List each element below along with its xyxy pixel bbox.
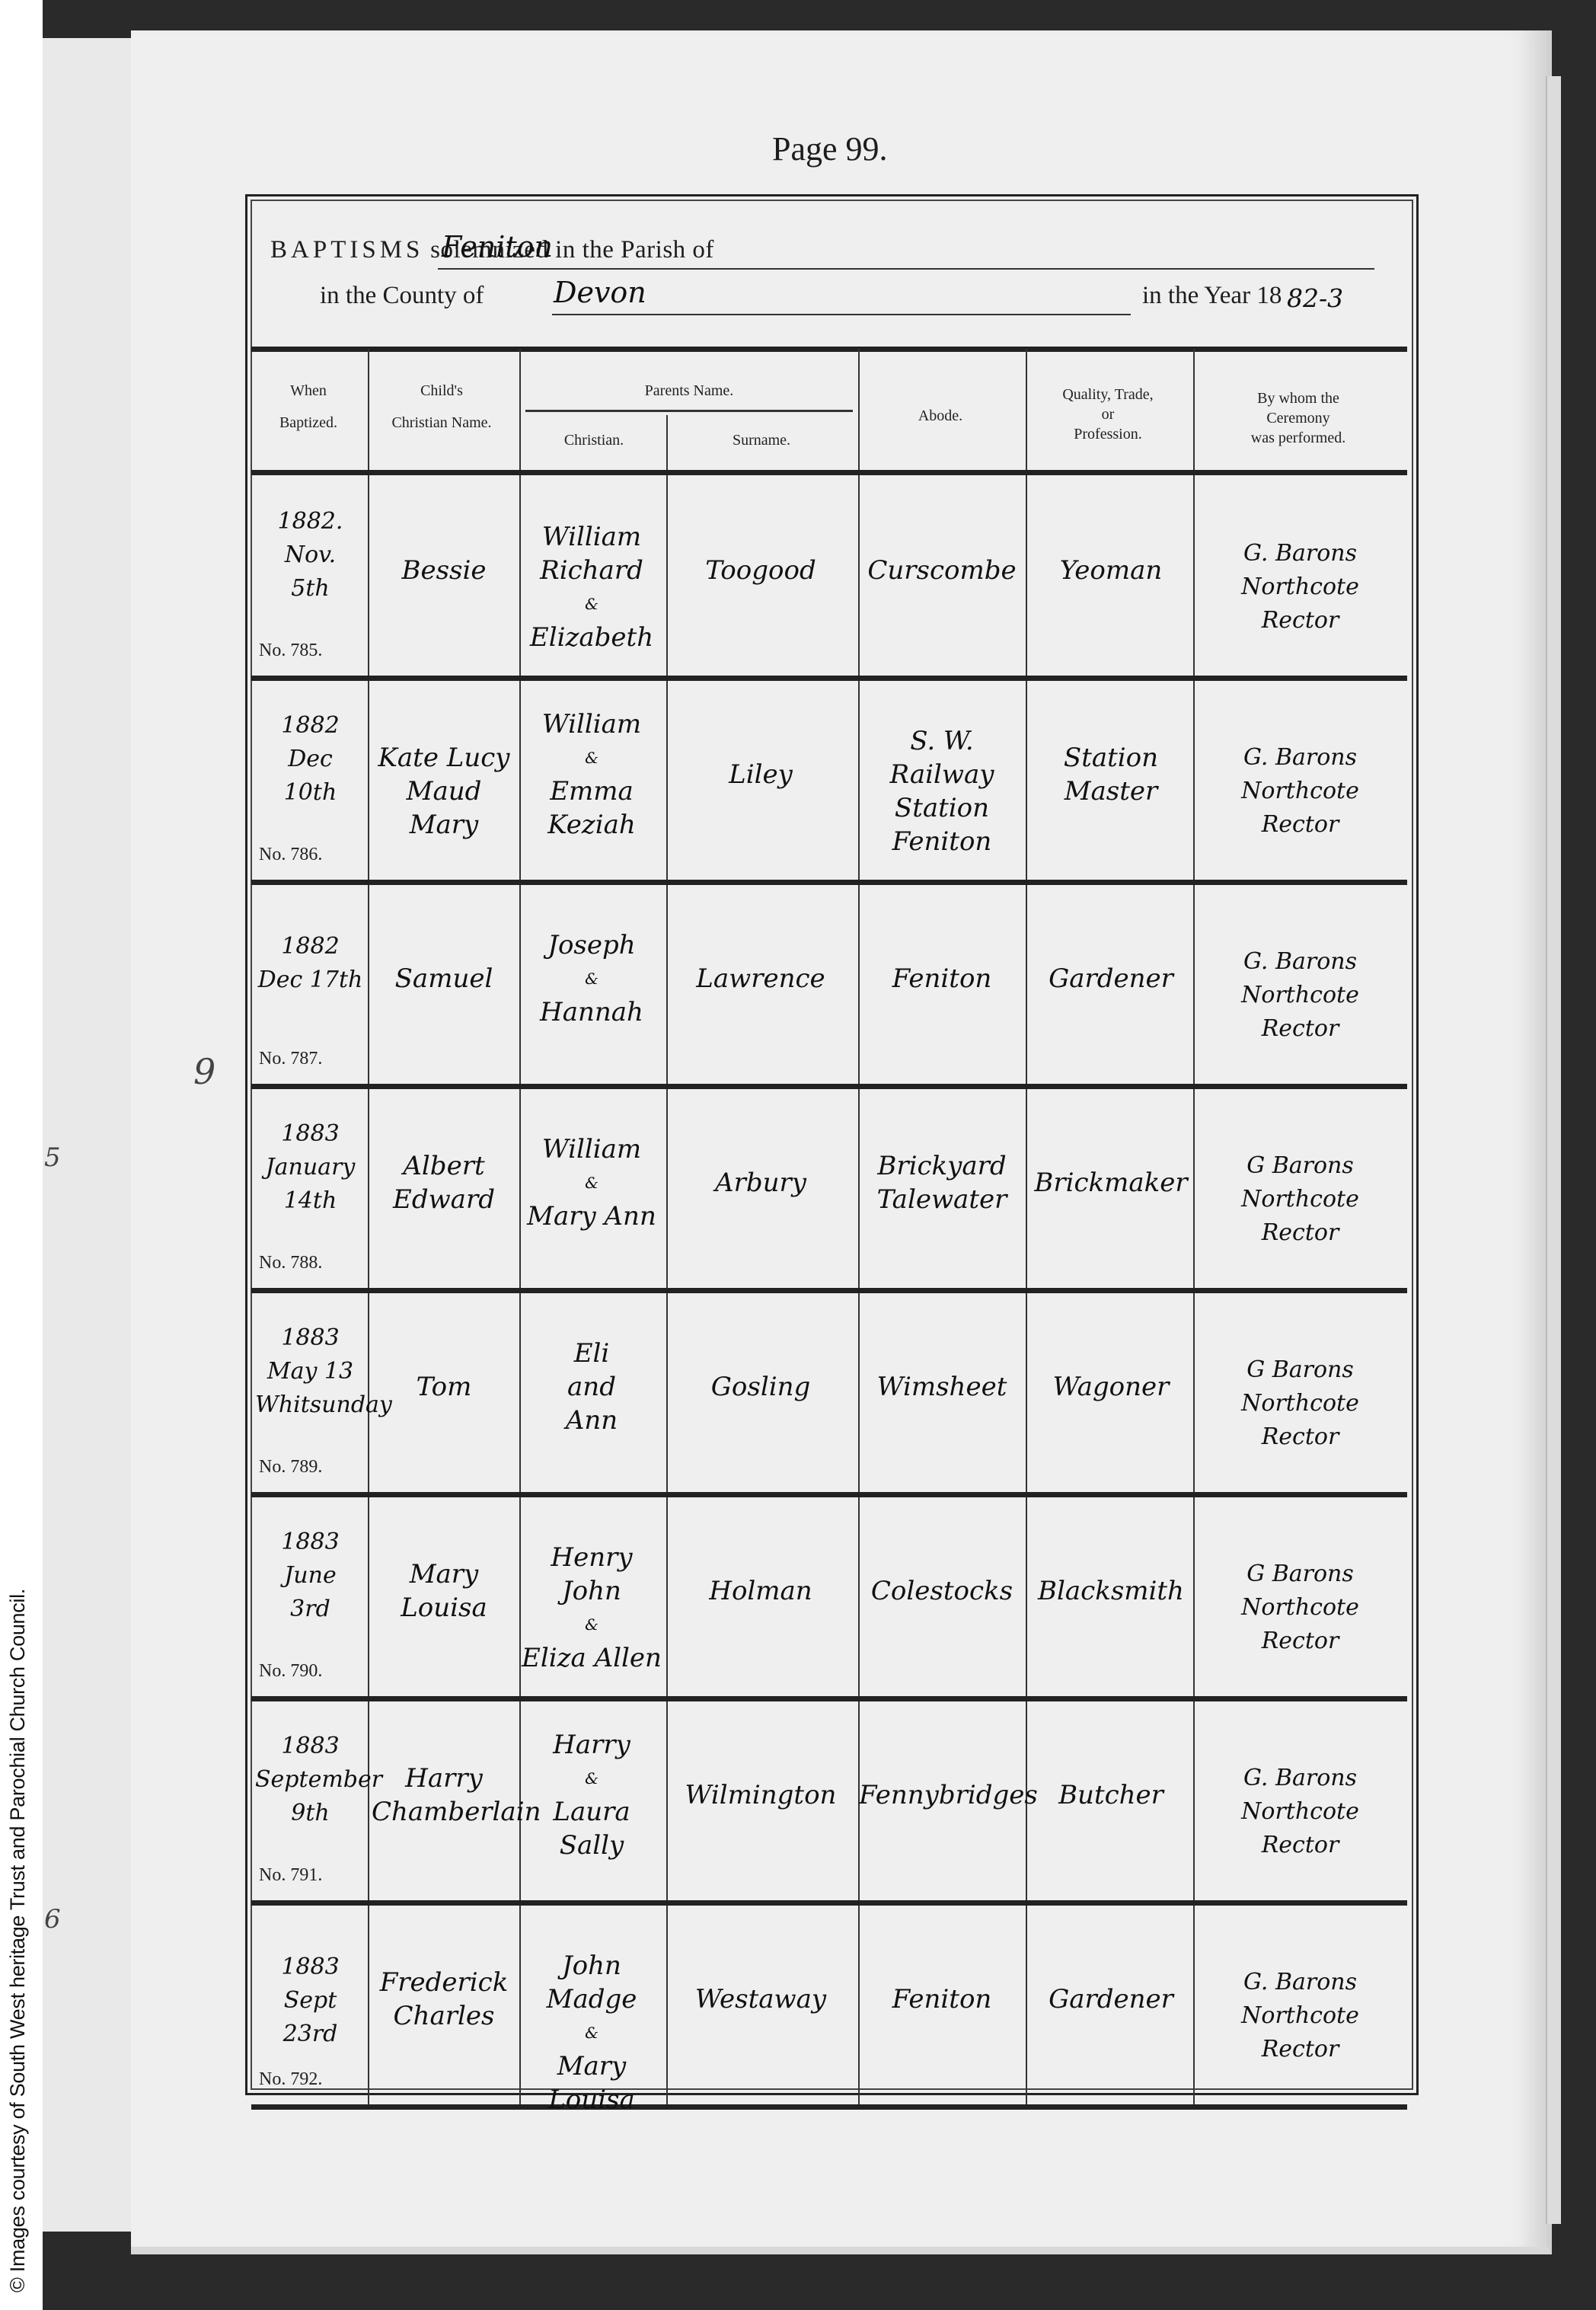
handwritten-line: 1883	[255, 1321, 365, 1355]
entry-number: No. 792.	[259, 2069, 322, 2090]
handwritten-line: William	[519, 708, 664, 741]
cell-date: 1882Dec10th	[255, 709, 365, 810]
handwritten-line: Gosling	[666, 1370, 855, 1404]
cell-abode: Feniton	[859, 1983, 1025, 2016]
cell-child: Kate LucyMaud Mary	[372, 741, 516, 842]
handwritten-line: &	[519, 2016, 664, 2050]
handwritten-line: Rector	[1195, 2033, 1405, 2066]
col-bywhom-l3: was performed.	[1195, 428, 1401, 448]
handwritten-line: Yeoman	[1028, 554, 1194, 587]
col-child-l1: Child's	[369, 381, 514, 401]
handwritten-line: Chamberlain	[372, 1795, 516, 1829]
handwritten-line: Rector	[1195, 1216, 1405, 1250]
cell-by-whom: G. Barons NorthcoteRector	[1195, 945, 1405, 1046]
year-field: 82-3	[1287, 283, 1343, 313]
col-when-l2: Baptized.	[255, 413, 362, 433]
handwritten-line: Ann	[519, 1404, 664, 1437]
cell-surname: Lawrence	[666, 962, 855, 995]
handwritten-line: G Barons Northcote	[1195, 1149, 1405, 1216]
image-credit: © Images courtesy of South West heritage…	[6, 1589, 30, 2292]
handwritten-line: Brickyard	[859, 1149, 1025, 1183]
handwritten-line: Rector	[1195, 808, 1405, 842]
handwritten-line: Eli	[519, 1337, 664, 1370]
handwritten-line: 1882	[255, 709, 365, 743]
cell-date: 1882Dec 17th	[255, 930, 365, 997]
handwritten-line: &	[519, 1762, 664, 1795]
handwritten-line: May 13	[255, 1355, 365, 1388]
col-christian: Christian.	[525, 430, 662, 450]
cell-by-whom: G Barons NorthcoteRector	[1195, 1558, 1405, 1658]
handwritten-line: Dec 17th	[255, 963, 365, 997]
handwritten-line: Master	[1028, 775, 1194, 808]
handwritten-line: Sept 23rd	[255, 1984, 365, 2051]
row-rule	[251, 1084, 1407, 1089]
col-quality-l2: or	[1028, 404, 1188, 424]
handwritten-line: Rector	[1195, 1829, 1405, 1862]
col-abode: Abode.	[860, 406, 1020, 426]
handwritten-line: Westaway	[666, 1983, 855, 2016]
handwritten-line: Wilmington	[666, 1778, 855, 1812]
page-edge	[1546, 76, 1561, 2224]
col-surname: Surname.	[670, 430, 853, 450]
cell-child: AlbertEdward	[372, 1149, 516, 1216]
handwritten-line: Butcher	[1028, 1778, 1194, 1812]
county-underline	[552, 314, 1131, 315]
entry-number: No. 787.	[259, 1049, 322, 1069]
cell-quality: Blacksmith	[1028, 1574, 1194, 1608]
handwritten-line: Mary Ann	[519, 1200, 664, 1233]
handwritten-line: 10th	[255, 776, 365, 810]
handwritten-line: Louisa	[372, 1591, 516, 1625]
handwritten-line: 1883	[255, 1951, 365, 1984]
handwritten-line: &	[519, 741, 664, 775]
col-child: Child's Christian Name.	[369, 381, 514, 433]
cell-surname: Gosling	[666, 1370, 855, 1404]
col-quality-l1: Quality, Trade,	[1028, 385, 1188, 404]
handwritten-line: Eliza Allen	[519, 1641, 664, 1675]
cell-quality: Brickmaker	[1028, 1166, 1194, 1200]
handwritten-line: Feniton	[859, 1983, 1025, 2016]
year-label: in the Year 18	[1142, 282, 1282, 310]
cell-parents-christian: Henry John&Eliza Allen	[519, 1541, 664, 1675]
column-divider	[1193, 349, 1195, 2109]
handwritten-line: Toogood	[666, 554, 855, 587]
parish-field: Feniton	[442, 230, 553, 264]
row-rule	[251, 470, 1407, 475]
handwritten-line: Nov.	[255, 538, 365, 572]
handwritten-line: Albert	[372, 1149, 516, 1183]
col-quality-l3: Profession.	[1028, 424, 1188, 444]
cell-parents-christian: William&Mary Ann	[519, 1133, 664, 1233]
handwritten-line: Rector	[1195, 1012, 1405, 1046]
handwritten-line: &	[519, 962, 664, 995]
handwritten-line: William Richard	[519, 520, 664, 587]
cell-abode: Fennybridges	[859, 1778, 1025, 1812]
handwritten-line: Bessie	[372, 554, 516, 587]
cell-child: Bessie	[372, 554, 516, 587]
handwritten-line: Maud Mary	[372, 775, 516, 842]
entry-number: No. 786.	[259, 845, 322, 865]
facing-page-edge	[43, 38, 136, 2232]
handwritten-line: January	[255, 1151, 365, 1184]
handwritten-line: 3rd	[255, 1593, 365, 1626]
handwritten-line: Wimsheet	[859, 1370, 1025, 1404]
handwritten-line: Fennybridges	[859, 1778, 1025, 1812]
cell-child: Samuel	[372, 962, 516, 995]
cell-date: 1883September9th	[255, 1730, 365, 1830]
cell-by-whom: G. Barons NorthcoteRector	[1195, 741, 1405, 842]
handwritten-line: G. Barons Northcote	[1195, 537, 1405, 604]
handwritten-line: Feniton	[859, 962, 1025, 995]
cell-surname: Wilmington	[666, 1778, 855, 1812]
handwritten-line: Liley	[666, 758, 855, 791]
cell-by-whom: G Barons NorthcoteRector	[1195, 1149, 1405, 1250]
cell-surname: Liley	[666, 758, 855, 791]
handwritten-line: Gardener	[1028, 962, 1194, 995]
row-rule	[251, 1696, 1407, 1701]
handwritten-line: 5th	[255, 572, 365, 605]
row-rule	[251, 1288, 1407, 1293]
handwritten-line: Emma	[519, 775, 664, 808]
column-divider	[368, 349, 369, 2109]
cell-by-whom: G Barons NorthcoteRector	[1195, 1353, 1405, 1454]
handwritten-line: 1883	[255, 1117, 365, 1151]
handwritten-line: Talewater	[859, 1183, 1025, 1216]
handwritten-line: Edward	[372, 1183, 516, 1216]
handwritten-line: 14th	[255, 1184, 365, 1218]
handwritten-line: &	[519, 587, 664, 621]
margin-mark: 6	[44, 1904, 61, 1935]
handwritten-line: Samuel	[372, 962, 516, 995]
handwritten-line: Wagoner	[1028, 1370, 1194, 1404]
cell-quality: Gardener	[1028, 962, 1194, 995]
cell-parents-christian: Joseph&Hannah	[519, 928, 664, 1029]
handwritten-line: Henry John	[519, 1541, 664, 1608]
handwritten-line: Arbury	[666, 1166, 855, 1200]
handwritten-line: Blacksmith	[1028, 1574, 1194, 1608]
handwritten-line: Harry	[519, 1728, 664, 1762]
handwritten-line: G. Barons Northcote	[1195, 1966, 1405, 2033]
cell-parents-christian: William Richard&Elizabeth	[519, 520, 664, 654]
cell-abode: BrickyardTalewater	[859, 1149, 1025, 1216]
cell-surname: Westaway	[666, 1983, 855, 2016]
handwritten-line: Rector	[1195, 1625, 1405, 1658]
handwritten-line: Tom	[372, 1370, 516, 1404]
entry-number: No. 789.	[259, 1457, 322, 1478]
handwritten-line: Brickmaker	[1028, 1166, 1194, 1200]
handwritten-line: 1882	[255, 930, 365, 963]
cell-date: 1882.Nov.5th	[255, 505, 365, 605]
cell-abode: Wimsheet	[859, 1370, 1025, 1404]
county-field: Devon	[554, 276, 646, 309]
cell-parents-christian: EliandAnn	[519, 1337, 664, 1437]
handwritten-line: Feniton	[859, 825, 1025, 858]
handwritten-line: G Barons Northcote	[1195, 1558, 1405, 1625]
parents-divider	[525, 410, 853, 412]
handwritten-line: Charles	[372, 1999, 516, 2033]
handwritten-line: Dec	[255, 743, 365, 776]
handwritten-line: and	[519, 1370, 664, 1404]
col-when-l1: When	[255, 381, 362, 401]
cell-abode: Feniton	[859, 962, 1025, 995]
cell-surname: Holman	[666, 1574, 855, 1608]
handwritten-line: G. Barons Northcote	[1195, 1762, 1405, 1829]
handwritten-line: June	[255, 1559, 365, 1593]
cell-child: FrederickCharles	[372, 1966, 516, 2033]
handwritten-line: 1883	[255, 1526, 365, 1559]
handwritten-line: Lawrence	[666, 962, 855, 995]
cell-quality: StationMaster	[1028, 741, 1194, 808]
handwritten-line: Whitsunday	[255, 1388, 365, 1422]
cell-surname: Arbury	[666, 1166, 855, 1200]
year-label-text: in the Year	[1142, 282, 1250, 309]
handwritten-line: Laura	[519, 1795, 664, 1829]
page-number: Page 99.	[772, 129, 888, 168]
cell-parents-christian: Harry&LauraSally	[519, 1728, 664, 1862]
col-parents: Parents Name.	[525, 381, 853, 401]
cell-date: 1883May 13Whitsunday	[255, 1321, 365, 1422]
cell-abode: Colestocks	[859, 1574, 1025, 1608]
col-by-whom: By whom the Ceremony was performed.	[1195, 388, 1401, 448]
year-printed: 18	[1256, 282, 1282, 309]
handwritten-line: Station	[859, 791, 1025, 825]
title-prefix: BAPTISMS	[270, 236, 423, 264]
col-child-l2: Christian Name.	[369, 413, 514, 433]
handwritten-line: Station	[1028, 741, 1194, 775]
entry-number: No. 791.	[259, 1865, 322, 1886]
row-rule	[251, 1900, 1407, 1906]
handwritten-line: September	[255, 1763, 365, 1797]
handwritten-line: Mary Louisa	[519, 2050, 664, 2117]
col-quality: Quality, Trade, or Profession.	[1028, 385, 1188, 444]
margin-mark: 5	[44, 1142, 61, 1173]
handwritten-line: Gardener	[1028, 1983, 1194, 2016]
handwritten-line: Rector	[1195, 604, 1405, 637]
handwritten-line: 1883	[255, 1730, 365, 1763]
cell-child: MaryLouisa	[372, 1558, 516, 1625]
cell-quality: Yeoman	[1028, 554, 1194, 587]
cell-surname: Toogood	[666, 554, 855, 587]
column-divider	[1026, 349, 1027, 2109]
handwritten-line: Elizabeth	[519, 621, 664, 654]
cell-parents-christian: John Madge&Mary Louisa	[519, 1949, 664, 2117]
handwritten-line: S. W. Railway	[859, 724, 1025, 791]
column-divider	[858, 349, 860, 2109]
row-rule	[251, 2104, 1407, 2110]
handwritten-line: Mary	[372, 1558, 516, 1591]
parish-underline	[438, 268, 1374, 270]
handwritten-line: Sally	[519, 1829, 664, 1862]
handwritten-line: 1882.	[255, 505, 365, 538]
row-rule	[251, 1492, 1407, 1497]
cell-child: Tom	[372, 1370, 516, 1404]
pencil-mark: 9	[193, 1051, 215, 1092]
county-label: in the County of	[320, 282, 484, 310]
cell-date: 1883January14th	[255, 1117, 365, 1218]
handwritten-line: Joseph	[519, 928, 664, 962]
entry-number: No. 788.	[259, 1253, 322, 1273]
cell-by-whom: G. Barons NorthcoteRector	[1195, 537, 1405, 637]
handwritten-line: Keziah	[519, 808, 664, 842]
cell-quality: Butcher	[1028, 1778, 1194, 1812]
cell-quality: Wagoner	[1028, 1370, 1194, 1404]
handwritten-line: G Barons Northcote	[1195, 1353, 1405, 1420]
cell-parents-christian: William&EmmaKeziah	[519, 708, 664, 842]
handwritten-line: William	[519, 1133, 664, 1166]
handwritten-line: &	[519, 1608, 664, 1641]
handwritten-line: John Madge	[519, 1949, 664, 2016]
row-rule	[251, 880, 1407, 885]
row-rule	[251, 676, 1407, 681]
handwritten-line: Hannah	[519, 995, 664, 1029]
handwritten-line: Frederick	[372, 1966, 516, 1999]
col-bywhom-l2: Ceremony	[1195, 408, 1401, 428]
cell-abode: Curscombe	[859, 554, 1025, 587]
cell-by-whom: G. Barons NorthcoteRector	[1195, 1762, 1405, 1862]
col-bywhom-l1: By whom the	[1195, 388, 1401, 408]
handwritten-line: Holman	[666, 1574, 855, 1608]
handwritten-line: Kate Lucy	[372, 741, 516, 775]
cell-abode: S. W. RailwayStationFeniton	[859, 724, 1025, 858]
handwritten-line: 9th	[255, 1797, 365, 1830]
entry-number: No. 785.	[259, 641, 322, 661]
cell-date: 1883Sept 23rd	[255, 1951, 365, 2051]
header-rule	[251, 347, 1407, 352]
handwritten-line: Harry	[372, 1762, 516, 1795]
handwritten-line: &	[519, 1166, 664, 1200]
handwritten-line: G. Barons Northcote	[1195, 741, 1405, 808]
col-when: When Baptized.	[255, 381, 362, 433]
cell-quality: Gardener	[1028, 1983, 1194, 2016]
entry-number: No. 790.	[259, 1661, 322, 1682]
handwritten-line: Curscombe	[859, 554, 1025, 587]
column-divider	[666, 415, 668, 2109]
handwritten-line: Rector	[1195, 1420, 1405, 1454]
handwritten-line: G. Barons Northcote	[1195, 945, 1405, 1012]
cell-date: 1883June3rd	[255, 1526, 365, 1626]
handwritten-line: Colestocks	[859, 1574, 1025, 1608]
cell-child: HarryChamberlain	[372, 1762, 516, 1829]
cell-by-whom: G. Barons NorthcoteRector	[1195, 1966, 1405, 2066]
